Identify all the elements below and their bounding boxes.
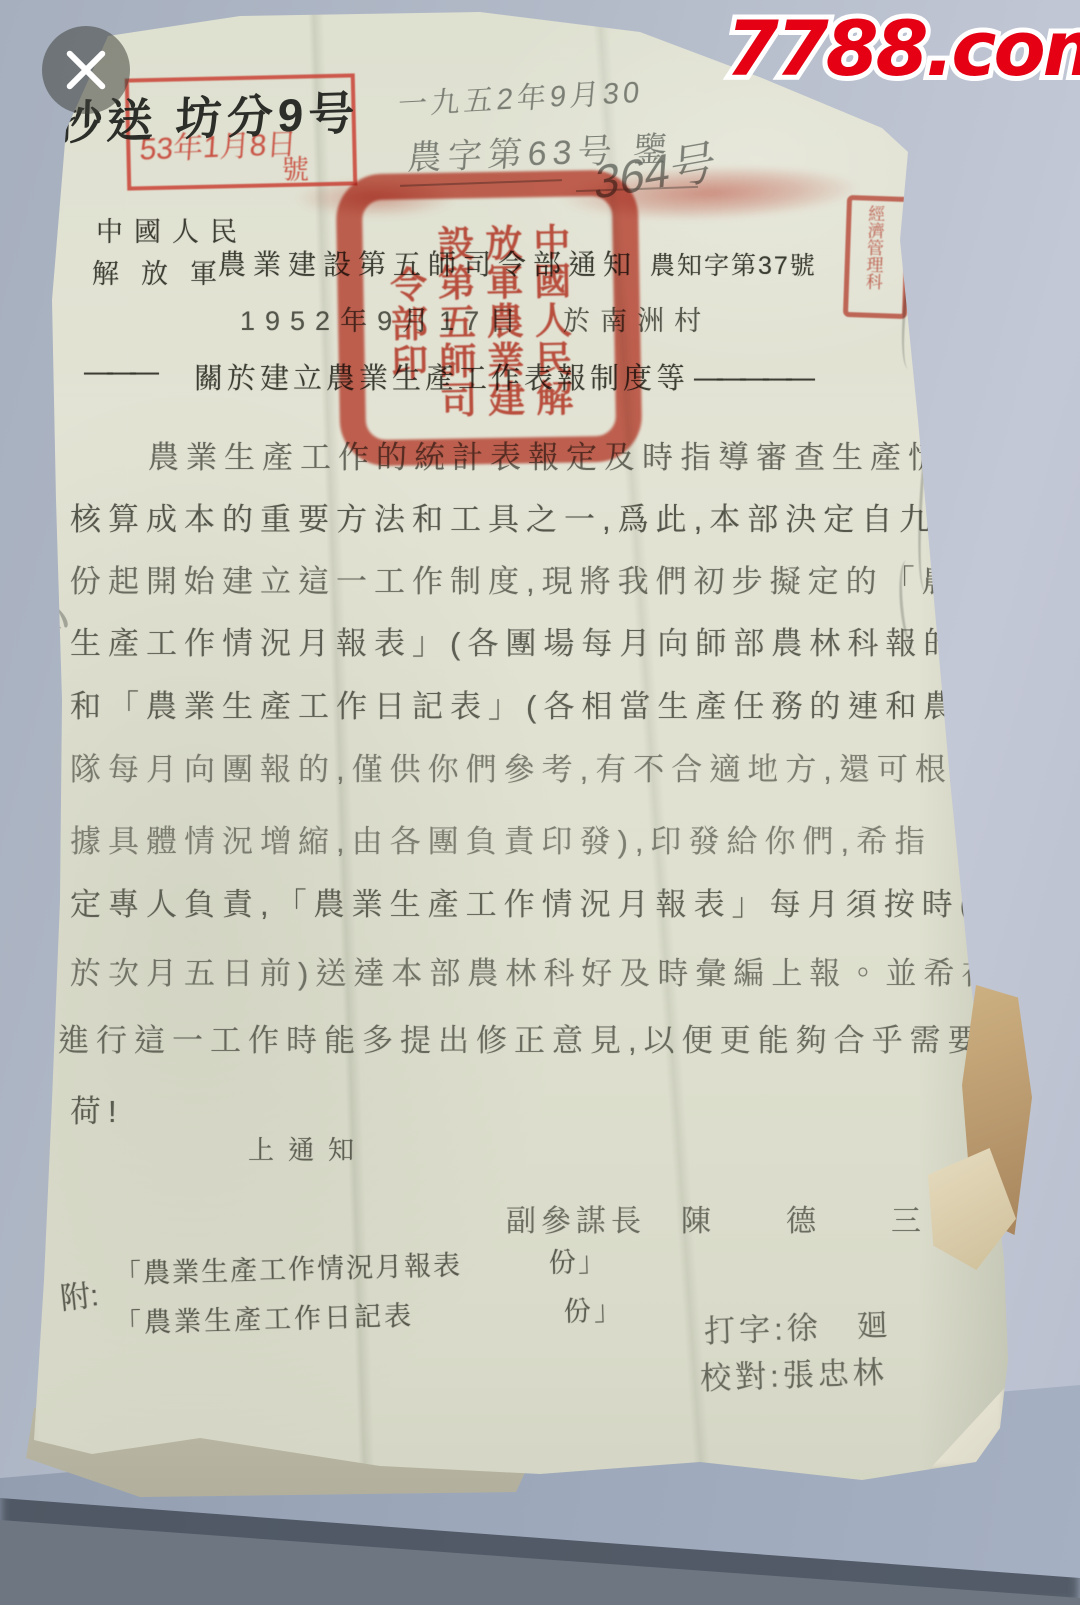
side-seal-text: 經濟管理科 xyxy=(862,205,884,291)
pencil-date-note: 一九五2年9月30 xyxy=(396,69,645,123)
attachment-label: 附: xyxy=(58,1270,101,1318)
body-line-5: 和「農業生產工作日記表」(各相當生產任務的連和農工 xyxy=(70,681,999,726)
seal-smear-left xyxy=(296,178,456,218)
body-line-10: 進行這一工作時能多提出修正意見,以便更能夠合乎需要爲 xyxy=(58,1015,1024,1060)
seal-smear-top xyxy=(559,161,861,225)
photo-scene: 53年1月8日 號 抄送 坊分9号 一九五2年9月30 農字第63号 鑒 364… xyxy=(0,0,1080,1605)
seal-column-1: 令部印 xyxy=(385,265,426,383)
signature-line: 副參謀長 陳 德 三 xyxy=(506,1196,926,1240)
attachment-item-2: 「農業生產工作日記表 份」 xyxy=(114,1288,625,1340)
attachment-item-1: 「農業生產工作情況月報表 份」 xyxy=(114,1240,608,1292)
seal-column-3: 放軍農業建 xyxy=(480,223,523,419)
close-button[interactable] xyxy=(42,26,130,114)
proofreader-line: 校對:張忠林 xyxy=(699,1347,888,1399)
title-dash-right: ————— xyxy=(694,362,809,395)
side-seal: 經濟管理科 xyxy=(843,195,911,319)
seal-column-2: 設第五師司 xyxy=(432,224,475,420)
body-line-3: 份起開始建立這一工作制度,現將我們初步擬定的「農業 xyxy=(70,556,998,601)
watermark-7788: 7788.com 7788.com xyxy=(726,4,1080,93)
body-line-9: 於次月五日前)送達本部農林科好及時彙編上報。並希在 xyxy=(70,948,999,993)
closing-phrase: 上通知 xyxy=(248,1130,368,1167)
body-line-6: 隊每月向團報的,僅供你們參考,有不合適地方,還可根 xyxy=(70,744,953,789)
body-line-11: 荷! xyxy=(70,1086,124,1131)
org-name-line2: 解放軍 xyxy=(92,252,239,291)
body-line-8: 定專人負責,「農業生產工作情況月報表」每月須按時( xyxy=(70,879,977,924)
body-line-7: 據具體情況增縮,由各團負責印發),印發給你們,希指 xyxy=(70,816,932,861)
title-dash-left: ——— xyxy=(84,356,153,389)
seal-column-4: 中國人民解 xyxy=(528,223,571,419)
typist-line: 打字:徐 廻 xyxy=(703,1300,892,1352)
body-line-2: 核算成本的重要方法和工具之一,爲此,本部決定自九月 xyxy=(70,494,975,539)
body-line-4: 生產工作情況月報表」(各團場每月向師部農林科報的) xyxy=(70,618,979,663)
doc-number: 農知字第37號 xyxy=(650,246,817,282)
watermark-text: 7788.com xyxy=(726,4,1080,93)
